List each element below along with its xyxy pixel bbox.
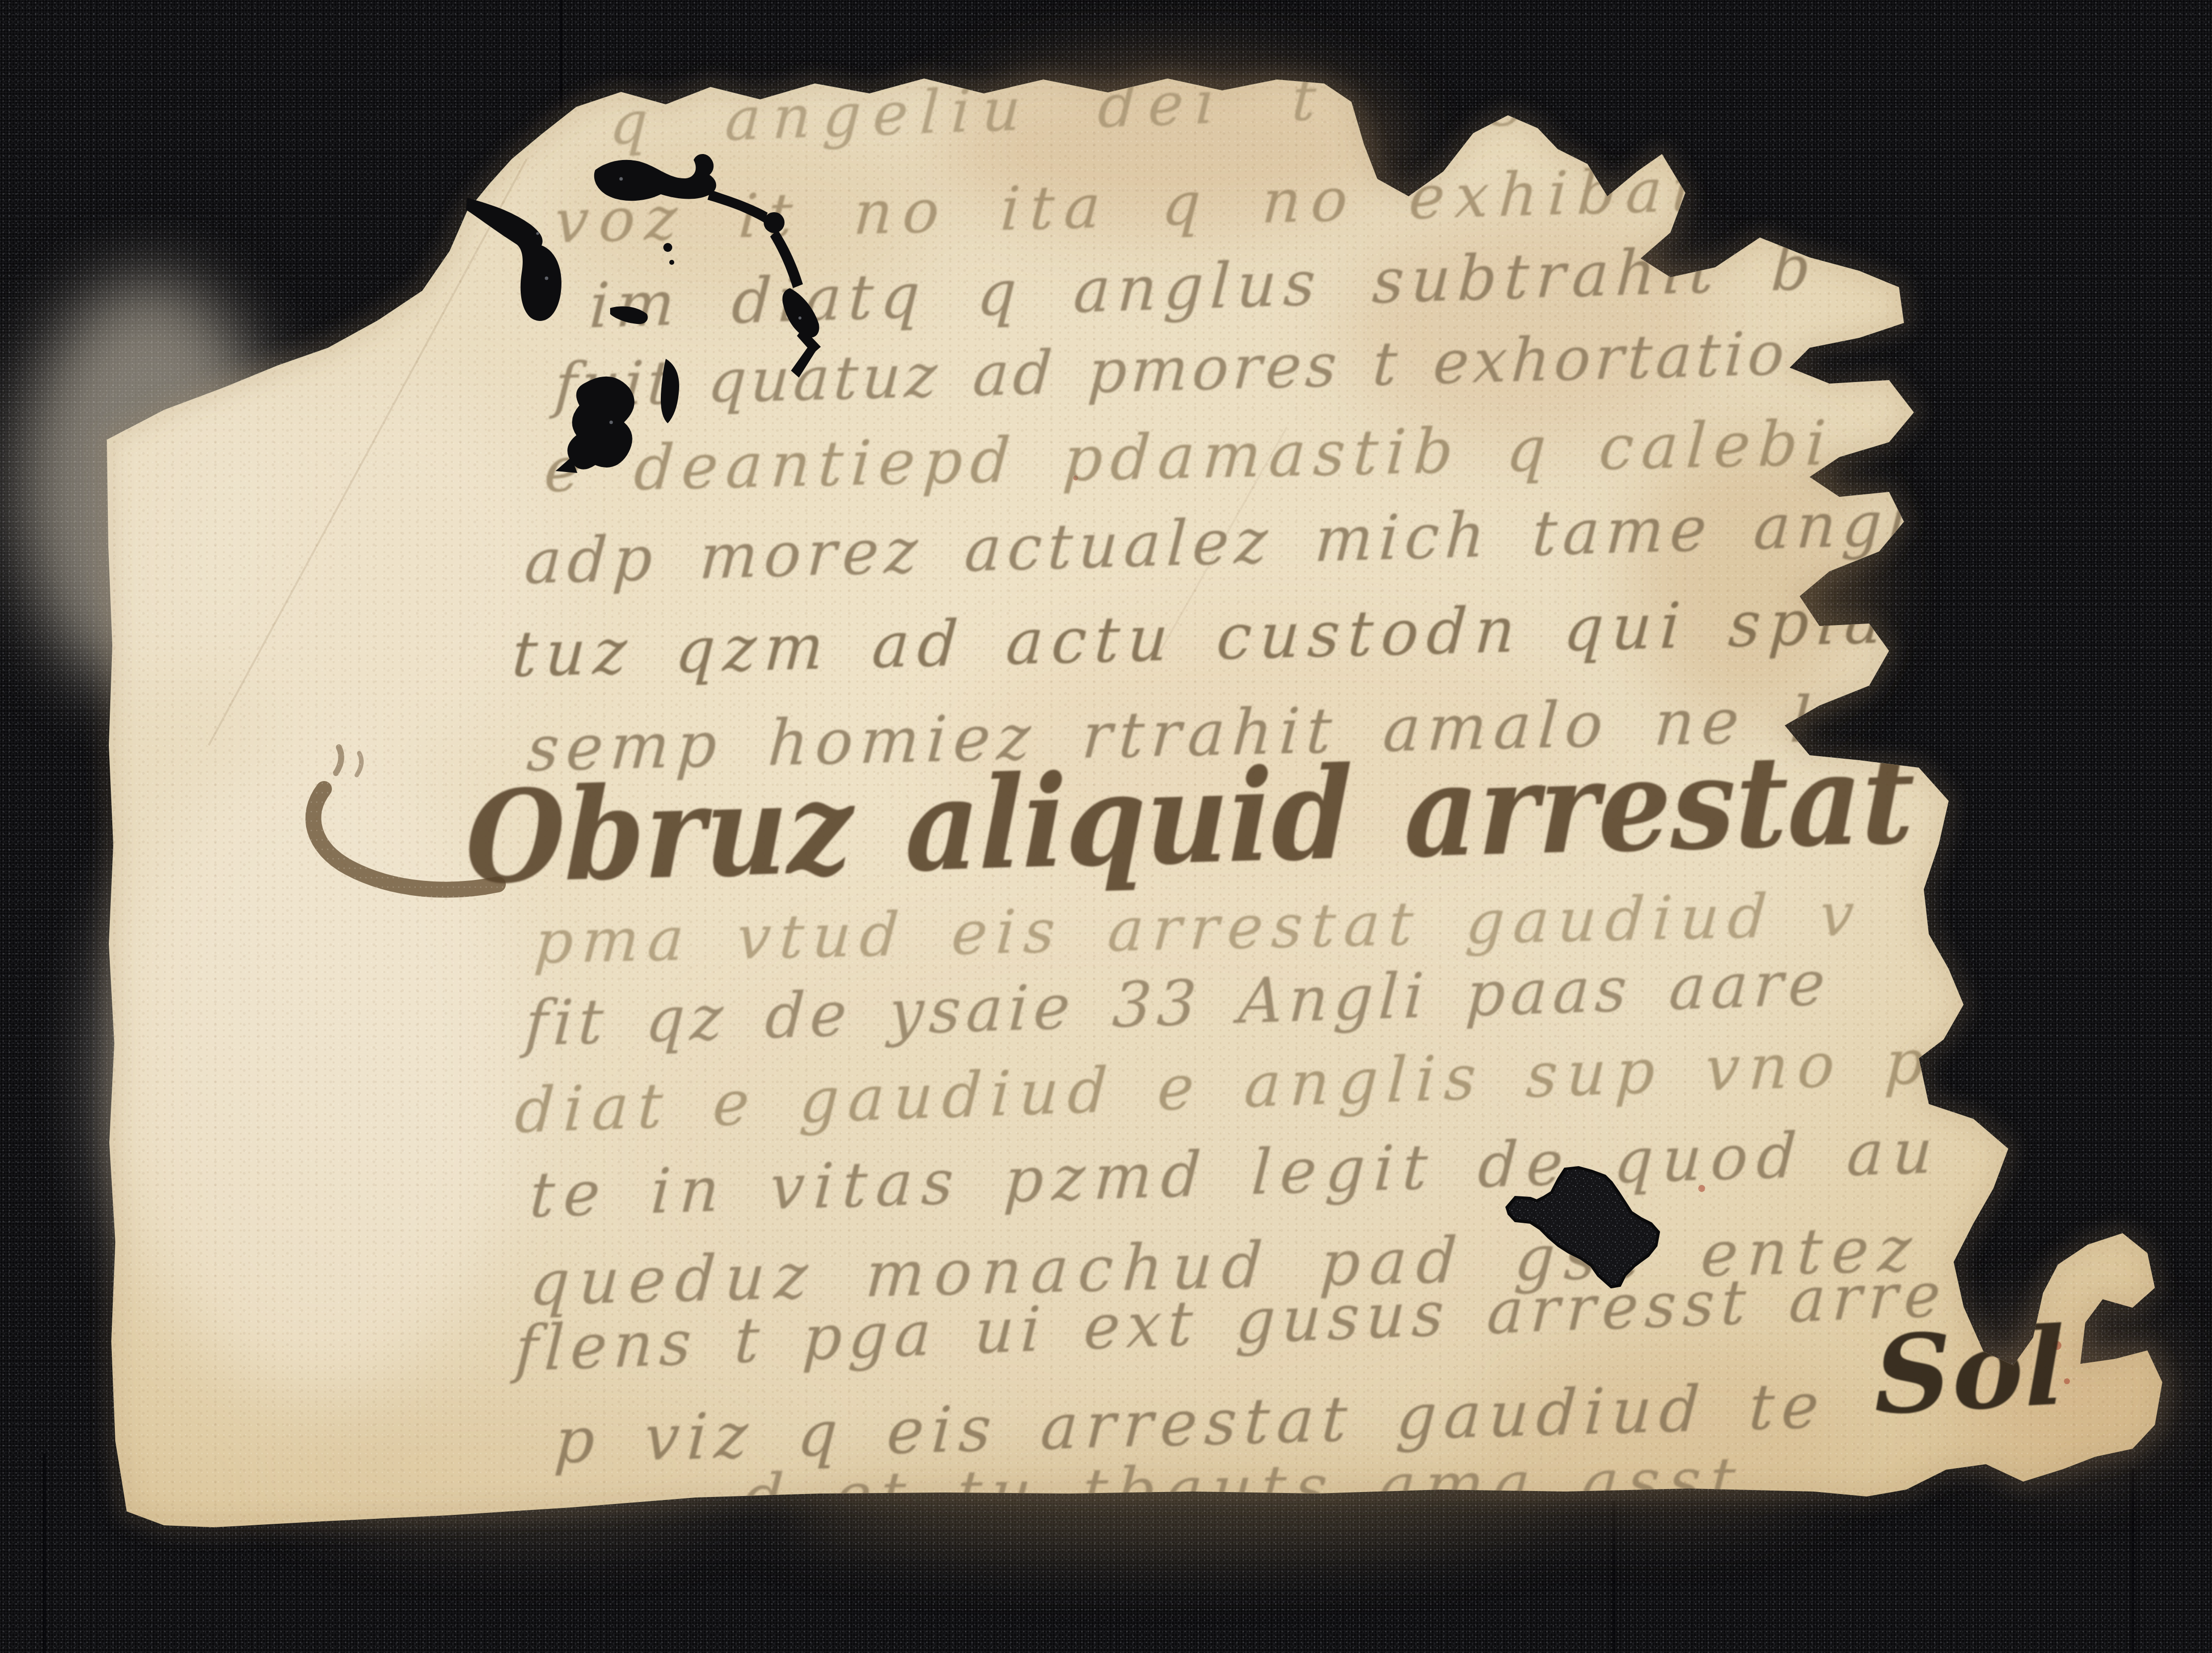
parchment-hole bbox=[1507, 1168, 1659, 1287]
damage-overlay bbox=[0, 0, 2212, 1653]
manuscript-photo: q angeliu dei t angl voz it no ita q no … bbox=[0, 0, 2212, 1653]
ink-blot bbox=[466, 154, 821, 473]
